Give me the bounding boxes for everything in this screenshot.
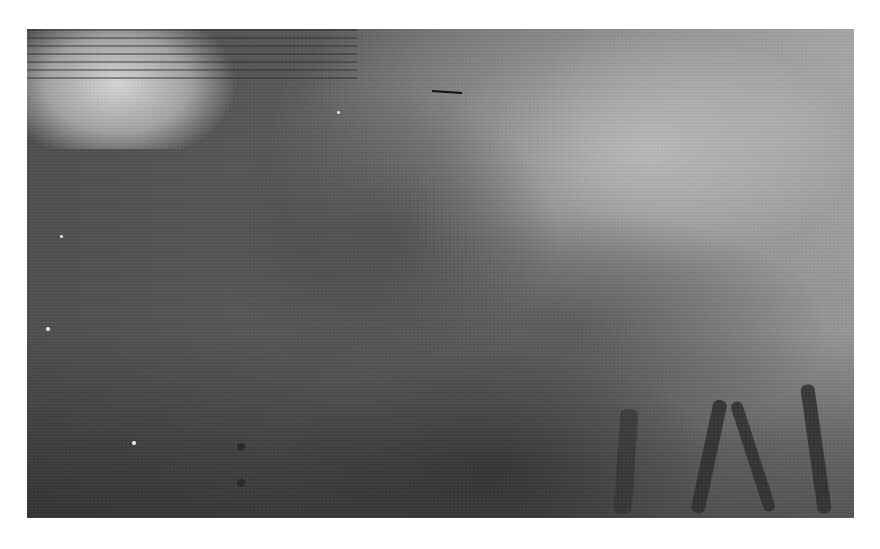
film-speck: [132, 441, 136, 445]
film-speck: [60, 235, 63, 238]
film-speck: [46, 327, 50, 331]
page: [0, 0, 880, 549]
film-blemish: [237, 479, 245, 487]
film-grain: [27, 29, 854, 518]
film-blemish: [237, 443, 245, 451]
film-speck: [337, 111, 340, 114]
photograph: [27, 29, 854, 518]
